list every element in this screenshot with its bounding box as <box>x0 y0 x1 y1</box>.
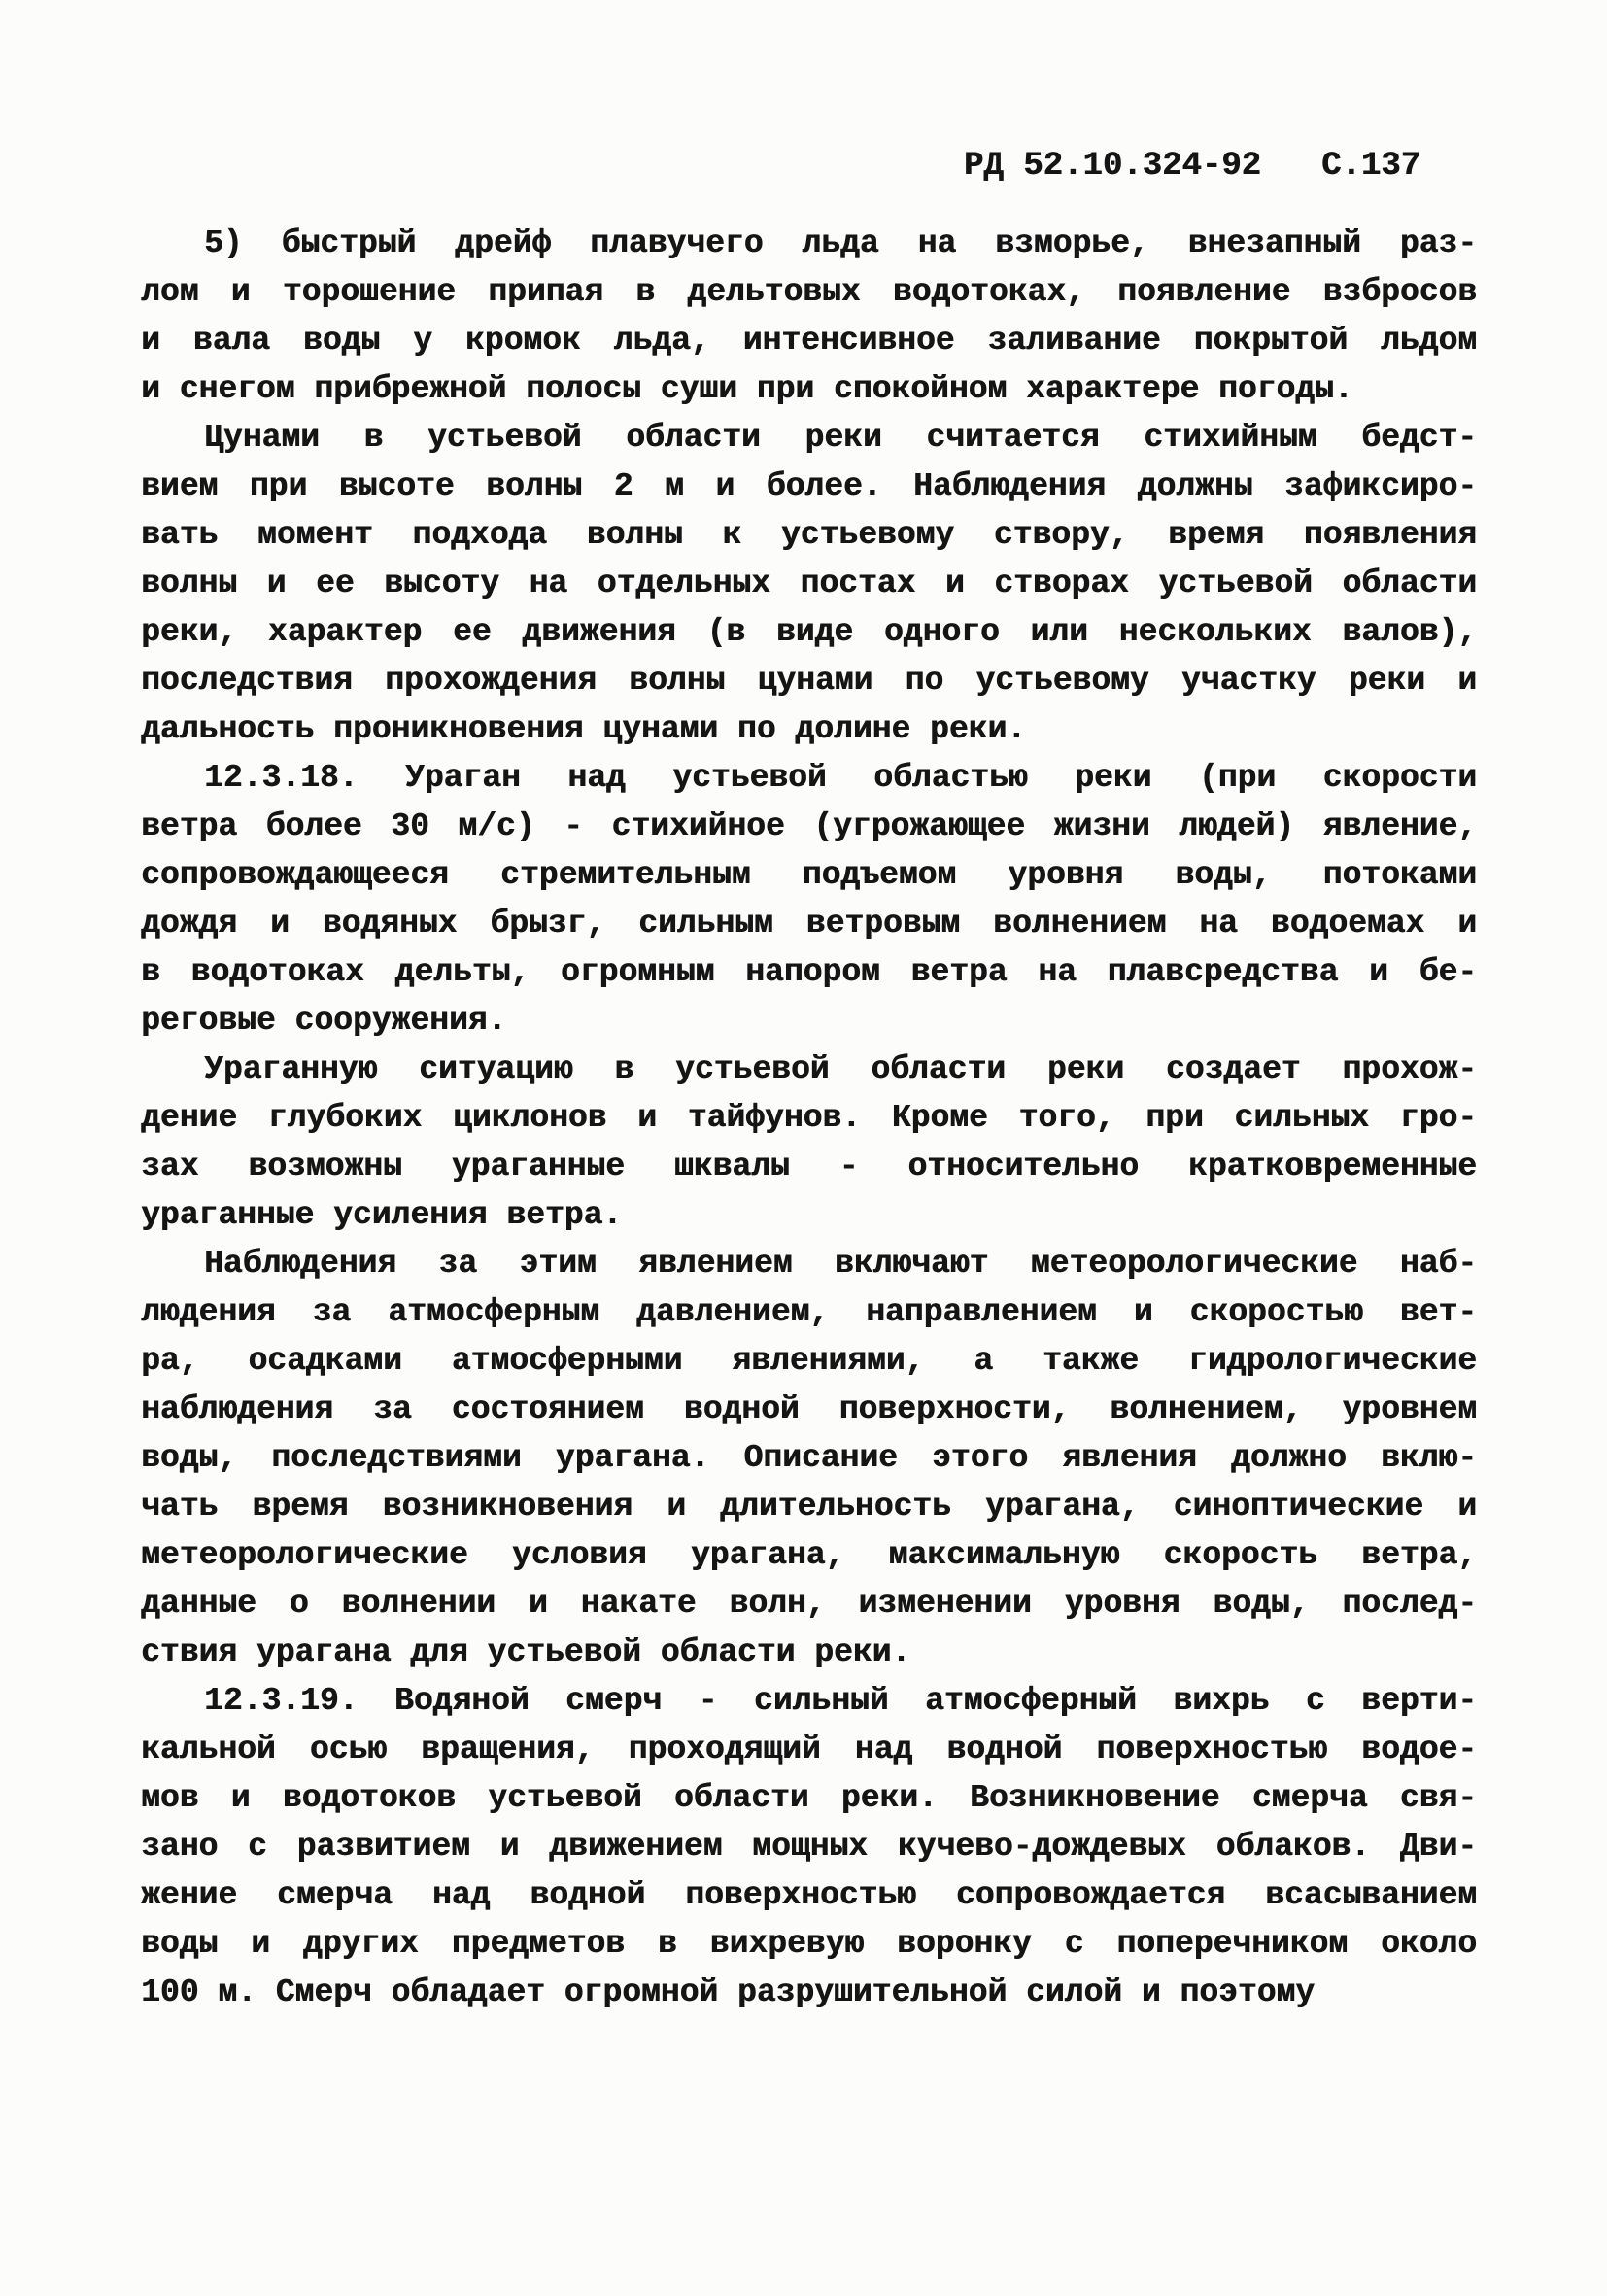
text-line: данные о волнении и накате волн, изменен… <box>141 1580 1477 1628</box>
text-line: сопровождающееся стремительным подъемом … <box>141 851 1477 900</box>
text-line: ветра более 30 м/с) - стихийное (угрожаю… <box>141 803 1477 851</box>
text-line: последствия прохождения волны цунами по … <box>141 657 1477 705</box>
page-number: С.137 <box>1321 142 1420 190</box>
paragraph: Цунами в устьевой области реки считается… <box>141 414 1477 754</box>
text-line: Наблюдения за этим явлением включают мет… <box>141 1240 1477 1288</box>
text-line: реговые сооружения. <box>141 997 1477 1045</box>
text-line: 100 м. Смерч обладает огромной разрушите… <box>141 1969 1477 2017</box>
paragraph: 12.3.18. Ураган над устьевой областью ре… <box>141 754 1477 1045</box>
text-line: реки, характер ее движения (в виде одног… <box>141 608 1477 657</box>
text-line: и вала воды у кромок льда, интенсивное з… <box>141 317 1477 365</box>
page-header: РД 52.10.324-92С.137 <box>0 0 1607 190</box>
text-line: мов и водотоков устьевой области реки. В… <box>141 1774 1477 1823</box>
text-line: жение смерча над водной поверхностью соп… <box>141 1871 1477 1920</box>
text-line: кальной осью вращения, проходящий над во… <box>141 1726 1477 1774</box>
text-line: Цунами в устьевой области реки считается… <box>141 414 1477 463</box>
paragraph: Ураганную ситуацию в устьевой области ре… <box>141 1045 1477 1240</box>
text-line: 5) быстрый дрейф плавучего льда на взмор… <box>141 220 1477 268</box>
text-line: и снегом прибрежной полосы суши при спок… <box>141 365 1477 414</box>
text-line: метеорологические условия урагана, макси… <box>141 1531 1477 1580</box>
text-line: зах возможны ураганные шквалы - относите… <box>141 1143 1477 1191</box>
document-body: 5) быстрый дрейф плавучего льда на взмор… <box>141 220 1477 2017</box>
text-line: людения за атмосферным давлением, направ… <box>141 1288 1477 1337</box>
text-line: ствия урагана для устьевой области реки. <box>141 1628 1477 1677</box>
text-line: наблюдения за состоянием водной поверхно… <box>141 1386 1477 1434</box>
text-line: в водотоках дельты, огромным напором вет… <box>141 948 1477 997</box>
text-line: Ураганную ситуацию в устьевой области ре… <box>141 1045 1477 1094</box>
document-number: РД 52.10.324-92 <box>964 148 1261 185</box>
text-line: 12.3.19. Водяной смерч - сильный атмосфе… <box>141 1677 1477 1726</box>
text-line: волны и ее высоту на отдельных постах и … <box>141 560 1477 608</box>
text-line: 12.3.18. Ураган над устьевой областью ре… <box>141 754 1477 803</box>
text-line: дение глубоких циклонов и тайфунов. Кром… <box>141 1094 1477 1143</box>
paragraph: 5) быстрый дрейф плавучего льда на взмор… <box>141 220 1477 414</box>
text-line: дождя и водяных брызг, сильным ветровым … <box>141 900 1477 948</box>
document-page: РД 52.10.324-92С.137 5) быстрый дрейф пл… <box>0 0 1607 2296</box>
paragraph: Наблюдения за этим явлением включают мет… <box>141 1240 1477 1677</box>
text-line: зано с развитием и движением мощных куче… <box>141 1823 1477 1871</box>
text-line: вием при высоте волны 2 м и более. Наблю… <box>141 463 1477 511</box>
paragraph: 12.3.19. Водяной смерч - сильный атмосфе… <box>141 1677 1477 2017</box>
text-line: ра, осадками атмосферными явлениями, а т… <box>141 1337 1477 1386</box>
text-line: ураганные усиления ветра. <box>141 1191 1477 1240</box>
text-line: дальность проникновения цунами по долине… <box>141 705 1477 754</box>
text-line: лом и торошение припая в дельтовых водот… <box>141 268 1477 317</box>
text-line: чать время возникновения и длительность … <box>141 1483 1477 1531</box>
text-line: вать момент подхода волны к устьевому ст… <box>141 511 1477 560</box>
text-line: воды, последствиями урагана. Описание эт… <box>141 1434 1477 1483</box>
text-line: воды и других предметов в вихревую ворон… <box>141 1920 1477 1969</box>
